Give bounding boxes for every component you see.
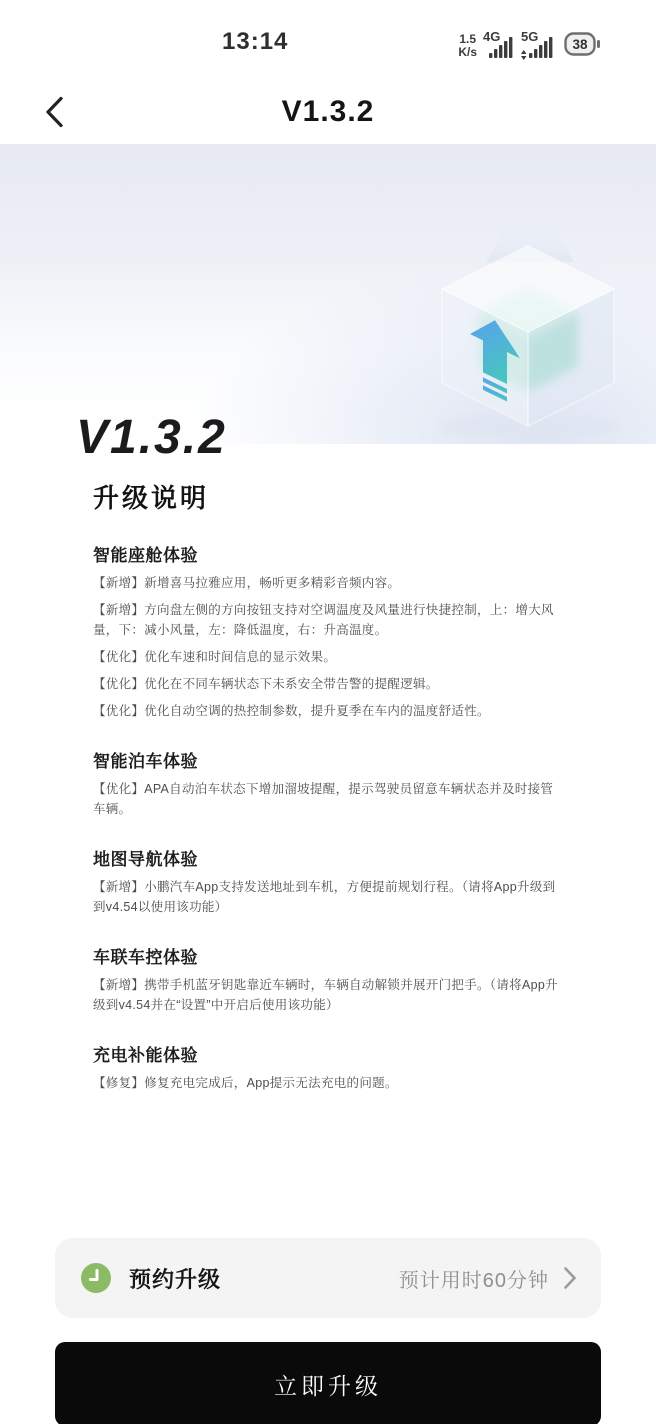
chevron-right-icon [563, 1266, 577, 1290]
estimated-duration: 预计用时60分钟 [399, 1264, 549, 1293]
back-chevron-icon [38, 94, 74, 130]
release-note-section: 车联车控体验【新增】携带手机蓝牙钥匙靠近车辆时，车辆自动解锁并展开门把手。（请将… [93, 943, 563, 1015]
section-title: 智能座舱体验 [93, 541, 563, 566]
release-note-item: 【新增】携带手机蓝牙钥匙靠近车辆时，车辆自动解锁并展开门把手。（请将App升级到… [93, 975, 563, 1015]
release-note-item: 【新增】新增喜马拉雅应用，畅听更多精彩音频内容。 [93, 573, 563, 593]
section-title: 车联车控体验 [93, 943, 563, 968]
release-note-item: 【优化】优化自动空调的热控制参数，提升夏季在车内的温度舒适性。 [93, 701, 563, 721]
upgrade-cube-icon [428, 228, 628, 438]
release-note-item: 【新增】小鹏汽车App支持发送地址到车机，方便提前规划行程。（请将App升级到到… [93, 877, 563, 917]
network-speed-indicator: 1.5 K/s [458, 33, 477, 60]
release-note-section: 智能泊车体验【优化】APA自动泊车状态下增加溜坡提醒，提示驾驶员留意车辆状态并及… [93, 747, 563, 819]
release-note-section: 充电补能体验【修复】修复充电完成后，App提示无法充电的问题。 [93, 1041, 563, 1093]
battery-percent: 38 [572, 37, 588, 52]
hero-banner: V1.3.2 [0, 144, 656, 444]
notes-heading: 升级说明 [93, 478, 563, 515]
signal-4g-icon: 4G [483, 28, 514, 60]
clock-icon [81, 1263, 111, 1293]
schedule-upgrade-label: 预约升级 [129, 1263, 399, 1294]
schedule-upgrade-row[interactable]: 预约升级 预计用时60分钟 [55, 1238, 601, 1318]
svg-text:5G: 5G [521, 29, 538, 44]
status-bar: 13:14 1.5 K/s 4G 5G 38 [0, 0, 656, 80]
page-title: V1.3.2 [282, 95, 375, 129]
release-note-item: 【优化】APA自动泊车状态下增加溜坡提醒，提示驾驶员留意车辆状态并及时接管车辆。 [93, 779, 563, 819]
release-note-section: 地图导航体验【新增】小鹏汽车App支持发送地址到车机，方便提前规划行程。（请将A… [93, 845, 563, 917]
release-note-item: 【优化】优化在不同车辆状态下未系安全带告警的提醒逻辑。 [93, 674, 563, 694]
svg-text:4G: 4G [483, 29, 500, 44]
signal-5g-icon: 5G [520, 28, 558, 60]
release-note-item: 【修复】修复充电完成后，App提示无法充电的问题。 [93, 1073, 563, 1093]
upgrade-now-button[interactable]: 立即升级 [55, 1342, 601, 1424]
release-note-item: 【新增】方向盘左侧的方向按钮支持对空调温度及风量进行快捷控制，上：增大风量，下：… [93, 600, 563, 640]
nav-bar: V1.3.2 [0, 80, 656, 144]
release-note-section: 智能座舱体验【新增】新增喜马拉雅应用，畅听更多精彩音频内容。【新增】方向盘左侧的… [93, 541, 563, 721]
section-title: 充电补能体验 [93, 1041, 563, 1066]
network-speed-value: 1.5 [458, 33, 477, 46]
status-icons: 1.5 K/s 4G 5G 38 [458, 26, 600, 60]
section-title: 地图导航体验 [93, 845, 563, 870]
battery-icon: 38 [564, 32, 600, 56]
hero-version-text: V1.3.2 [76, 410, 227, 465]
back-button[interactable] [36, 92, 76, 132]
release-note-item: 【优化】优化车速和时间信息的显示效果。 [93, 647, 563, 667]
section-title: 智能泊车体验 [93, 747, 563, 772]
release-notes-sections: 智能座舱体验【新增】新增喜马拉雅应用，畅听更多精彩音频内容。【新增】方向盘左侧的… [93, 541, 563, 1093]
network-speed-unit: K/s [458, 46, 477, 59]
release-notes: 升级说明 智能座舱体验【新增】新增喜马拉雅应用，畅听更多精彩音频内容。【新增】方… [0, 478, 656, 1093]
time-text: 13:14 [222, 28, 288, 56]
